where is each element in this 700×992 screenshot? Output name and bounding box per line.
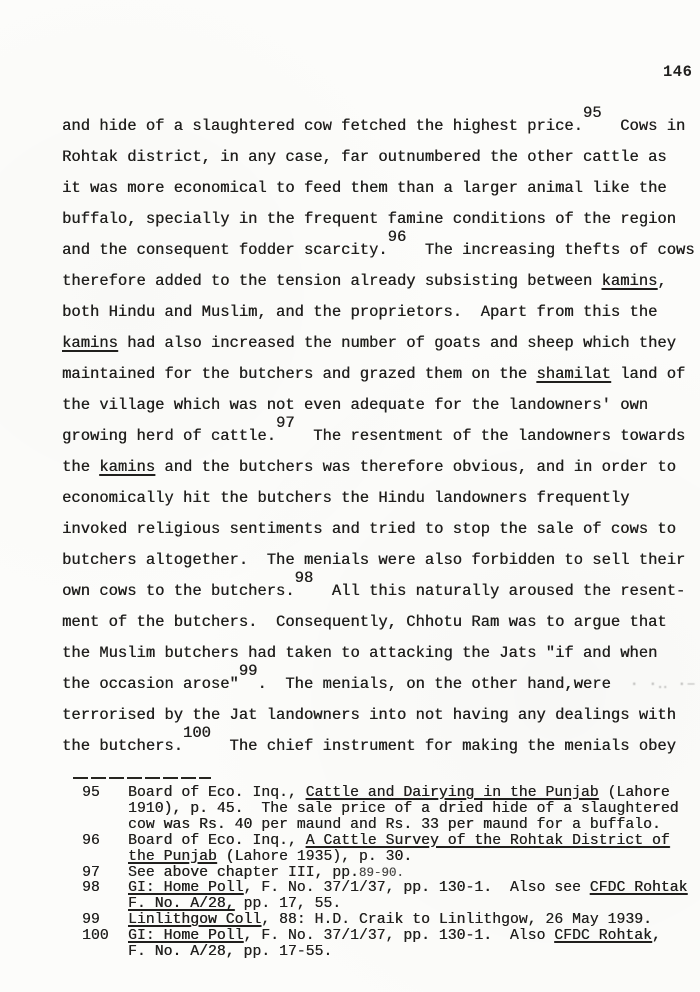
footnote: 98GI: Home Poll, F. No. 37/1/37, pp. 130…: [62, 881, 696, 913]
footnote: 100GI: Home Poll, F. No. 37/1/37, pp. 13…: [62, 929, 696, 961]
text-line: both Hindu and Muslim, and the proprieto…: [62, 297, 694, 328]
text-run: and the butchers was therefore obvious, …: [155, 458, 676, 476]
footnote-marker: 99: [239, 662, 258, 680]
footnote-marker: 100: [183, 724, 211, 742]
text-run: F. No. A/28, pp. 17-55.: [128, 944, 332, 960]
footnote: 99Linlithgow Coll, 88: H.D. Craik to Lin…: [62, 913, 696, 929]
text-run: own cows to the butchers.: [62, 582, 295, 600]
footnote-number: 99: [62, 913, 128, 929]
text-run: and the consequent fodder scarcity.: [62, 241, 388, 259]
text-run: the: [62, 458, 99, 476]
text-run: See above chapter III, pp.: [128, 865, 359, 881]
footnote: 96Board of Eco. Inq., A Cattle Survey of…: [62, 834, 696, 866]
underlined-text: CFDC Rohtak: [590, 880, 688, 896]
footnote-line: cow was Rs. 40 per maund and Rs. 33 per …: [128, 818, 696, 834]
footnote-body: See above chapter III, pp.89-90.: [128, 866, 696, 882]
underlined-text: kamins: [99, 458, 155, 476]
footnote-number: 97: [62, 866, 128, 882]
footnote-line: GI: Home Poll, F. No. 37/1/37, pp. 130-1…: [128, 929, 696, 945]
text-run: therefore added to the tension already s…: [62, 272, 602, 290]
footnote-line: Board of Eco. Inq., A Cattle Survey of t…: [128, 834, 696, 850]
text-run: , F. No. 37/1/37, pp. 130-1. Also: [243, 928, 554, 944]
underlined-text: kamins: [62, 334, 118, 352]
footnote-number: 95: [62, 786, 128, 834]
text-run: invoked religious sentiments and tried t…: [62, 520, 676, 538]
text-run: All this naturally aroused the resent-: [313, 582, 685, 600]
footnote-number: 96: [62, 834, 128, 866]
footnote-marker: 96: [388, 228, 407, 246]
text-line: and the consequent fodder scarcity.96 Th…: [62, 235, 694, 266]
text-run: ,: [657, 272, 666, 290]
footnote-number: 100: [62, 929, 128, 961]
page-number: 146: [663, 63, 692, 81]
text-run: both Hindu and Muslim, and the proprieto…: [62, 303, 657, 321]
underlined-text: shamilat: [536, 365, 610, 383]
text-run: Cows in: [602, 117, 686, 135]
text-line: growing herd of cattle.97 The resentment…: [62, 421, 694, 452]
footnote-marker: 98: [295, 569, 314, 587]
underlined-text: CFDC Rohtak: [554, 928, 652, 944]
underlined-text: GI: Home Poll: [128, 928, 243, 944]
text-run: the Muslim butchers had taken to attacki…: [62, 644, 657, 662]
underlined-text: Cattle and Dairying in the Punjab: [306, 785, 599, 801]
text-line: maintained for the butchers and grazed t…: [62, 359, 694, 390]
text-run: (Lahore 1935), p. 30.: [217, 849, 412, 865]
underlined-text: F. No. A/28,: [128, 896, 235, 912]
footnote-line: Linlithgow Coll, 88: H.D. Craik to Linli…: [128, 913, 696, 929]
footnote-number: 98: [62, 881, 128, 913]
footnote-marker: 95: [583, 104, 602, 122]
text-run: The increasing thefts of cows: [406, 241, 694, 259]
text-run: growing herd of cattle.: [62, 427, 276, 445]
text-run: Board of Eco. Inq.,: [128, 833, 306, 849]
footnote: 97See above chapter III, pp.89-90.: [62, 866, 696, 882]
footnote-body: Board of Eco. Inq., A Cattle Survey of t…: [128, 834, 696, 866]
text-run: butchers altogether. The menials were al…: [62, 551, 685, 569]
text-line: the butchers.100 The chief instrument fo…: [62, 731, 694, 762]
underlined-text: the Punjab: [128, 849, 217, 865]
footnote-body: GI: Home Poll, F. No. 37/1/37, pp. 130-1…: [128, 929, 696, 961]
footnote-line: See above chapter III, pp.89-90.: [128, 866, 696, 882]
scanned-document-page: 146 and hide of a slaughtered cow fetche…: [0, 0, 700, 992]
text-line: ment of the butchers. Consequently, Chho…: [62, 607, 694, 638]
text-run: maintained for the butchers and grazed t…: [62, 365, 536, 383]
footnote-line: GI: Home Poll, F. No. 37/1/37, pp. 130-1…: [128, 881, 696, 897]
text-line: terrorised by the Jat landowners into no…: [62, 700, 694, 731]
text-run: the village which was not even adequate …: [62, 396, 648, 414]
text-run: buffalo, specially in the frequent famin…: [62, 210, 676, 228]
text-line: therefore added to the tension already s…: [62, 266, 694, 297]
text-run: cow was Rs. 40 per maund and Rs. 33 per …: [128, 817, 661, 833]
underlined-text: GI: Home Poll: [128, 880, 243, 896]
footnote-line: F. No. A/28, pp. 17, 55.: [128, 897, 696, 913]
text-run: terrorised by the Jat landowners into no…: [62, 706, 676, 724]
text-run: it was more economical to feed them than…: [62, 179, 667, 197]
text-run: , F. No. 37/1/37, pp. 130-1. Also see: [243, 880, 589, 896]
text-run: Rohtak district, in any case, far outnum…: [62, 148, 667, 166]
text-line: butchers altogether. The menials were al…: [62, 545, 694, 576]
text-line: the village which was not even adequate …: [62, 390, 694, 421]
text-run: ment of the butchers. Consequently, Chho…: [62, 613, 667, 631]
underlined-text: kamins: [602, 272, 658, 290]
underlined-text: A Cattle Survey of the Rohtak District o…: [306, 833, 670, 849]
ink-smudge: · ·‥ ·–: [611, 675, 696, 693]
footnote-separator: [73, 777, 211, 779]
text-line: economically hit the butchers the Hindu …: [62, 483, 694, 514]
text-line: buffalo, specially in the frequent famin…: [62, 204, 694, 235]
text-line: own cows to the butchers.98 All this nat…: [62, 576, 694, 607]
text-line: the Muslim butchers had taken to attacki…: [62, 638, 694, 669]
text-line: Rohtak district, in any case, far outnum…: [62, 142, 694, 173]
text-run: pp. 17, 55.: [235, 896, 342, 912]
text-run: ,: [652, 928, 661, 944]
text-run: Board of Eco. Inq.,: [128, 785, 306, 801]
text-run: (Lahore: [599, 785, 670, 801]
text-line: and hide of a slaughtered cow fetched th…: [62, 111, 694, 142]
text-run: , 88: H.D. Craik to Linlithgow, 26 May 1…: [261, 912, 652, 928]
text-run: the butchers.: [62, 737, 183, 755]
inserted-text: 89-90.: [359, 866, 404, 880]
footnote-body: Linlithgow Coll, 88: H.D. Craik to Linli…: [128, 913, 696, 929]
footnote-line: F. No. A/28, pp. 17-55.: [128, 945, 696, 961]
footnote-body: Board of Eco. Inq., Cattle and Dairying …: [128, 786, 696, 834]
text-run: and hide of a slaughtered cow fetched th…: [62, 117, 583, 135]
text-run: . The menials, on the other hand,were: [257, 675, 610, 693]
text-line: it was more economical to feed them than…: [62, 173, 694, 204]
body-text: and hide of a slaughtered cow fetched th…: [62, 111, 694, 762]
footnote-line: the Punjab (Lahore 1935), p. 30.: [128, 850, 696, 866]
underlined-text: Linlithgow Coll: [128, 912, 261, 928]
text-run: the occasion arose": [62, 675, 239, 693]
text-run: land of: [611, 365, 685, 383]
footnote-body: GI: Home Poll, F. No. 37/1/37, pp. 130-1…: [128, 881, 696, 913]
text-run: The resentment of the landowners towards: [295, 427, 686, 445]
text-run: had also increased the number of goats a…: [118, 334, 676, 352]
text-run: economically hit the butchers the Hindu …: [62, 489, 629, 507]
footnote-marker: 97: [276, 414, 295, 432]
footnote-line: Board of Eco. Inq., Cattle and Dairying …: [128, 786, 696, 802]
text-line: the occasion arose"99. The menials, on t…: [62, 669, 694, 700]
text-line: the kamins and the butchers was therefor…: [62, 452, 694, 483]
text-line: kamins had also increased the number of …: [62, 328, 694, 359]
footnote: 95Board of Eco. Inq., Cattle and Dairyin…: [62, 786, 696, 834]
text-run: The chief instrument for making the meni…: [211, 737, 676, 755]
text-run: 1910), p. 45. The sale price of a dried …: [128, 801, 679, 817]
footnotes-section: 95Board of Eco. Inq., Cattle and Dairyin…: [62, 786, 696, 961]
footnote-line: 1910), p. 45. The sale price of a dried …: [128, 802, 696, 818]
text-line: invoked religious sentiments and tried t…: [62, 514, 694, 545]
